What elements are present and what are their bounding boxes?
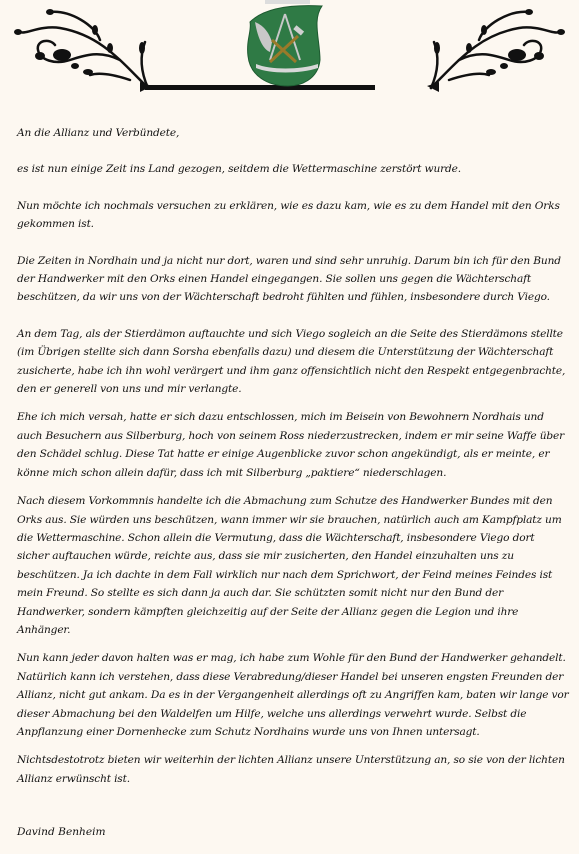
letter-body: An die Allianz und Verbündete, es ist nu… [17, 124, 569, 798]
paragraph-5: Ehe ich mich versah, hatte er sich dazu … [17, 408, 569, 482]
paragraph-2: Nun möchte ich nochmals versuchen zu erk… [17, 197, 569, 234]
paragraph-3: Die Zeiten in Nordhain und ja nicht nur … [17, 252, 569, 307]
salutation: An die Allianz und Verbündete, [17, 124, 569, 142]
letterhead [0, 0, 579, 100]
paragraph-8: Nichtsdestotrotz bieten wir weiterhin de… [17, 751, 569, 788]
paragraph-1: es ist nun einige Zeit ins Land gezogen,… [17, 160, 569, 178]
paragraph-7: Nun kann jeder davon halten was er mag, … [17, 649, 569, 741]
guild-crest-icon [248, 0, 322, 86]
paragraph-4: An dem Tag, als der Stierdämon auftaucht… [17, 325, 569, 399]
paragraph-6: Nach diesem Vorkommnis handelte ich die … [17, 492, 569, 639]
signature: Davind Benheim [17, 826, 106, 838]
vine-ornament-icon [0, 0, 579, 100]
